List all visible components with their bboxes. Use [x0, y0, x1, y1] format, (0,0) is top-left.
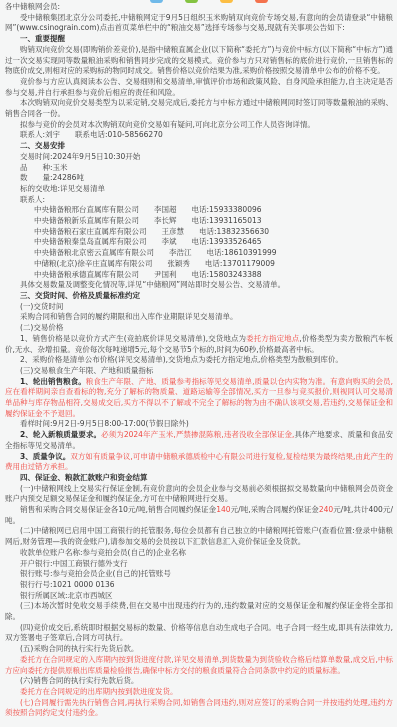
share-icon-blue[interactable] — [150, 0, 163, 3]
section-heading: 三、交货时间、价格及质量标准约定 — [5, 291, 393, 302]
bank-region: 银行所属区域:北京市西城区 — [5, 591, 393, 602]
text-segment: 1、销售价格是以竞价方式产生(竞拍底价详见交易清单),交货地点为 — [20, 334, 246, 343]
paragraph: 2、轮入新粮质量要求。必须为2024年产玉米,严禁掺混陈粮,违者没收全部保证金,… — [5, 430, 393, 451]
share-icon-yellow[interactable] — [220, 0, 233, 3]
text-segment: 中央储备粮邢台直属库有限公司 李国超 电话:15933380096 — [34, 205, 262, 214]
delivery-place: 标的交收地:详见交易清单 — [5, 184, 393, 195]
paragraph: 联系人: — [5, 195, 393, 206]
trade-time: 交易时间:2024年9月5日10:30开始 — [5, 152, 393, 163]
paragraph: (四)竞价成交后,系统即时根据交易标的数量、价格等信息自动生成电子合同。电子合同… — [5, 623, 393, 644]
paragraph: 购销双向竞价交易(即购销价差竞价),是指中储粮直属企业(以下简称“委托方”)与竞… — [5, 45, 393, 77]
text-segment: (四)竞价成交后,系统即时根据交易标的数量、价格等信息自动生成电子合同。电子合同… — [5, 623, 393, 643]
text-segment: 受中储粮集团北京分公司委托,中储粮网定于9月5日组织玉米购销双向竞价专场交易,有… — [5, 13, 393, 33]
text-segment: 中央储备粮新乐直属库有限公司 李长辉 电话:13931165013 — [34, 216, 262, 225]
warning-text: 必须为2024年产玉米,严禁掺混陈粮,违者没收全部保证金, — [101, 430, 294, 439]
paragraph: (二)中储粮网已启用中国工商银行的托管服务,每位会员都有自己独立的中储粮网托管账… — [5, 526, 393, 547]
document-body: 各中储粮网会员:受中储粮集团北京分公司委托,中储粮网定于9月5日组织玉米购销双向… — [5, 2, 393, 719]
warning-text: 240 — [319, 505, 333, 514]
text-segment: 银行所属区域:北京市西城区 — [20, 591, 113, 600]
intro-paragraph: 受中储粮集团北京分公司委托,中储粮网定于9月5日组织玉米购销双向竞价专场交易,有… — [5, 13, 393, 34]
contact-line: 联系人:刘宇 联系电话:010-58566270 — [5, 130, 393, 141]
text-segment: 银行账号:参与竞拍会员企业(自己的)托管账号 — [20, 569, 171, 578]
emphasis-text: 3、质量争议。 — [20, 452, 70, 461]
text-segment: 具体交易数量及调整变化情况等,详见“中储粮网”网站即时交易公告、交易清单。 — [20, 280, 285, 289]
emphasis-text: 2、轮入新粮质量要求。 — [20, 430, 101, 439]
text-segment: (三)交易粮食生产年限、产地和质量指标 — [20, 366, 153, 375]
text-segment: 银行行号:1021 0000 0136 — [20, 580, 115, 589]
paragraph: (五)采购合同的执行实行先货后款。 — [5, 644, 393, 655]
paragraph: 1、销售价格是以竞价方式产生(竞拍底价详见交易清单),交货地点为委托方指定地点,… — [5, 334, 393, 355]
text-segment: 拟参与竞价的会员对本次购销双向竞价交易如有疑问,可向北京分公司工作人员咨询详情。 — [20, 120, 315, 129]
share-icon-green[interactable] — [185, 0, 198, 3]
warehouse-contact: 中储粮(北京)徐辛庄直属库有限公司 张颖秀 电话:13701179009 — [5, 259, 393, 270]
text-segment: 收款单位账户名称:参与竞拍会员(自己的)企业名称 — [20, 548, 186, 557]
text-segment: (二)中储粮网已启用中国工商银行的托管服务,每位会员都有自己独立的中储粮网托管账… — [5, 526, 393, 546]
share-icon-red[interactable] — [255, 0, 268, 3]
text-segment: 开户银行:中国工商银行德外支行 — [20, 559, 128, 568]
text-segment: 中储粮(北京)徐辛庄直属库有限公司 张颖秀 电话:13701179009 — [34, 259, 275, 268]
trade-quantity: 数 量:24286吨 — [5, 173, 393, 184]
text-segment: (五)采购合同的执行实行先货后款。 — [20, 644, 138, 653]
paragraph: (三)本场次暂时免收交易手续费,但在交易中出现违约行为的,违约数量对应的交易保证… — [5, 601, 393, 622]
emphasis-text: 二、交易安排 — [20, 141, 65, 150]
warning-text: 140 — [216, 505, 230, 514]
paragraph: (一)中储粮网线上交易实行保证金制,有竞价意向的会员企业参与交易前必须根据拟交易… — [5, 484, 393, 505]
text-segment: (一)中储粮网线上交易实行保证金制,有竞价意向的会员企业参与交易前必须根据拟交易… — [5, 484, 393, 504]
warehouse-contact: 中央储备粮新乐直属库有限公司 李长辉 电话:13931165013 — [5, 216, 393, 227]
text-segment: 品 种:玉米 — [20, 163, 68, 172]
text-segment: (一)交货时间 — [20, 302, 63, 311]
paragraph: 委托方在合同规定的出库期内按到款进度发货。 — [5, 687, 393, 698]
trade-variety: 品 种:玉米 — [5, 163, 393, 174]
paragraph: (六)销售合同的执行实行先款后货。 — [5, 676, 393, 687]
text-segment: 元/吨,采购合同履约保证金 — [231, 505, 319, 514]
emphasis-text: 一、重要提醒 — [20, 34, 65, 43]
warehouse-contact: 中央储备粮邢台直属库有限公司 李国超 电话:15933380096 — [5, 205, 393, 216]
emphasis-text: 四、保证金、粮款汇款账户和资金结算 — [20, 473, 148, 482]
emphasis-text: 1、轮出销售粮食。 — [20, 377, 86, 386]
text-segment: 2、采购价格是清单公布价格(详见交易清单),交货地点为委托方指定地点,价格类型为… — [20, 355, 343, 364]
text-segment: 中央储备粮北京密云直属库有限公司 李浩江 电话:18610391999 — [34, 248, 277, 257]
text-segment: (二)交易价格 — [20, 323, 63, 332]
text-segment: (三)本场次暂时免收交易手续费,但在交易中出现违约行为的,违约数量对应的交易保证… — [5, 601, 393, 621]
warning-text: (七)合同履行需先执行销售合同,再执行采购合同,如销售合同违约,则对应签订的采购… — [5, 698, 393, 718]
bank-account: 银行账号:参与竞拍会员企业(自己的)托管账号 — [5, 569, 393, 580]
text-segment: 中央储备粮秦皇岛直属库有限公司 李斌 电话:13933526465 — [34, 237, 262, 246]
paragraph: 2、采购价格是清单公布价格(详见交易清单),交货地点为委托方指定地点,价格类型为… — [5, 355, 393, 366]
section-heading: 一、重要提醒 — [5, 34, 393, 45]
text-segment: 标的交收地:详见交易清单 — [20, 184, 105, 193]
warehouse-contact: 中央储备粮北京密云直属库有限公司 李浩江 电话:18610391999 — [5, 248, 393, 259]
paragraph: 采购合同和销售合同的履约期限和出入库作业期限详见交易清单。 — [5, 312, 393, 323]
text-segment: 购销双向竞价交易(即购销价差竞价),是指中储粮直属企业(以下简称“委托方”)与竞… — [5, 45, 393, 75]
paragraph: 委托方在合同规定的入库期内按到货进度付款,详见交易清单,到货数量为到货验收合格后… — [5, 655, 393, 676]
warning-text: 委托方在合同规定的出库期内按到款进度发货。 — [20, 687, 178, 696]
share-bar — [0, 0, 397, 4]
paragraph: 1、轮出销售粮食。粮食生产年限、产地、质量参考指标等见交易清单,质量以仓内实物为… — [5, 377, 393, 420]
sample-time: 看样时间:9月2日-9月5日8:00-17:00(节假日除外) — [5, 419, 393, 430]
payee-account-name: 收款单位账户名称:参与竞拍会员(自己的)企业名称 — [5, 548, 393, 559]
text-segment: 联系人: — [20, 195, 45, 204]
warehouse-contact: 中央储备粮秦皇岛直属库有限公司 李斌 电话:13933526465 — [5, 237, 393, 248]
text-segment: 交易时间:2024年9月5日10:30开始 — [20, 152, 140, 161]
bank-number: 银行行号:1021 0000 0136 — [5, 580, 393, 591]
paragraph: (三)交易粮食生产年限、产地和质量指标 — [5, 366, 393, 377]
text-segment: 联系人:刘宇 联系电话:010-58566270 — [20, 130, 163, 139]
text-segment: 竞价参与方应认真阅读本公告、交易细则和交易清单,审慎评价市场和政策风险、自身风险… — [5, 77, 393, 97]
text-segment: 销售和采购合同交易保证金各10元/吨,销售合同履约保证金 — [20, 505, 216, 514]
paragraph: 具体交易数量及调整变化情况等,详见“中储粮网”网站即时交易公告、交易清单。 — [5, 280, 393, 291]
text-segment: 中央储备粮石家庄直属库有限公司 王彦慧 电话:13832356630 — [34, 227, 269, 236]
paragraph: 本次购销双向竞价交易类型为以采定销,交易完成后,委托方与中标方通过中储粮网同时签… — [5, 98, 393, 119]
paragraph: (七)合同履行需先执行销售合同,再执行采购合同,如销售合同违约,则对应签订的采购… — [5, 698, 393, 719]
paragraph: (二)交易价格 — [5, 323, 393, 334]
warning-text: 委托方指定地点 — [246, 334, 299, 343]
warning-text: 委托方在合同规定的入库期内按到货进度付款,详见交易清单,到货数量为到货验收合格后… — [5, 655, 393, 675]
section-heading: 四、保证金、粮款汇款账户和资金结算 — [5, 473, 393, 484]
text-segment: 中央储备粮承德直属库有限公司 尹国利 电话:15803243388 — [34, 270, 262, 279]
paragraph: 销售和采购合同交易保证金各10元/吨,销售合同履约保证金140元/吨,采购合同履… — [5, 505, 393, 526]
text-segment: 采购合同和销售合同的履约期限和出入库作业期限详见交易清单。 — [20, 312, 238, 321]
warehouse-contact: 中央储备粮承德直属库有限公司 尹国利 电话:15803243388 — [5, 270, 393, 281]
text-segment: (六)销售合同的执行实行先款后货。 — [20, 676, 138, 685]
text-segment: 看样时间:9月2日-9月5日8:00-17:00(节假日除外) — [20, 419, 189, 428]
emphasis-text: 三、交货时间、价格及质量标准约定 — [20, 291, 140, 300]
bank-name: 开户银行:中国工商银行德外支行 — [5, 559, 393, 570]
text-segment: 数 量:24286吨 — [20, 173, 84, 182]
warehouse-contact: 中央储备粮石家庄直属库有限公司 王彦慧 电话:13832356630 — [5, 227, 393, 238]
section-heading: 二、交易安排 — [5, 141, 393, 152]
text-segment: 本次购销双向竞价交易类型为以采定销,交易完成后,委托方与中标方通过中储粮网同时签… — [5, 98, 393, 118]
paragraph: 竞价参与方应认真阅读本公告、交易细则和交易清单,审慎评价市场和政策风险、自身风险… — [5, 77, 393, 98]
paragraph: 3、质量争议。双方如有质量争议,可申请中储粮承德质检中心有限公司进行复检,复检结… — [5, 452, 393, 473]
paragraph: (一)交货时间 — [5, 302, 393, 313]
paragraph: 拟参与竞价的会员对本次购销双向竞价交易如有疑问,可向北京分公司工作人员咨询详情。 — [5, 120, 393, 131]
